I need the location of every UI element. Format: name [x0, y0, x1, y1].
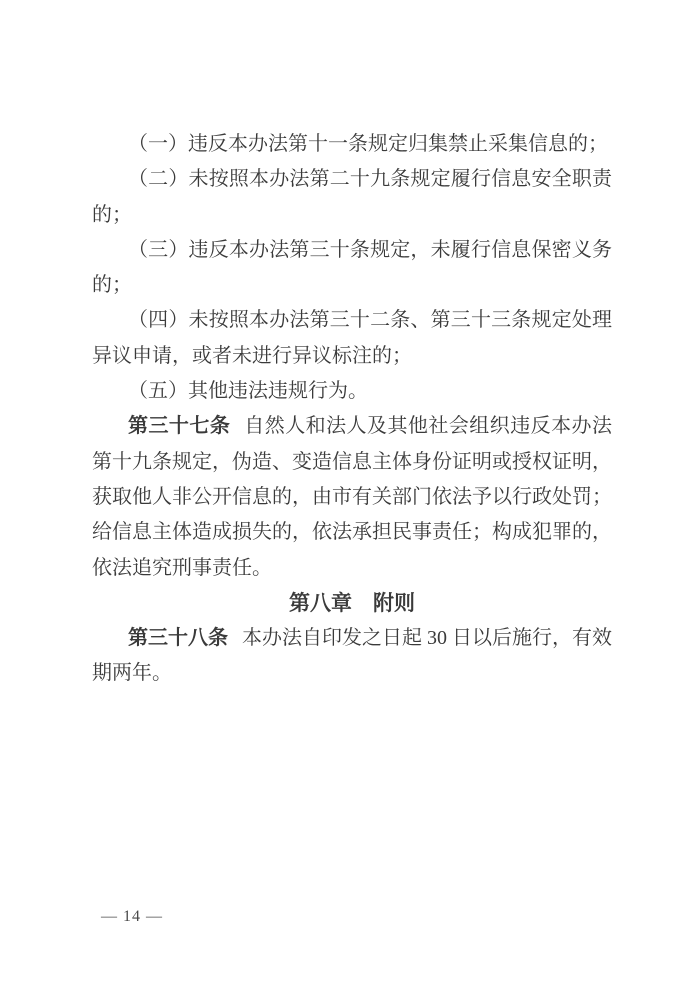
list-item-paragraph: （四）未按照本办法第三十二条、第三十三条规定处理异议申请，或者未进行异议标注的； [92, 303, 612, 374]
document-page: （一）违反本办法第十一条规定归集禁止采集信息的；（二）未按照本办法第二十九条规定… [0, 0, 700, 989]
chapter-heading: 第八章 附则 [92, 586, 612, 621]
article-text: 自然人和法人及其他社会组织违反本办法第十九条规定，伪造、变造信息主体身份证明或授… [92, 415, 612, 578]
document-body: （一）违反本办法第十一条规定归集禁止采集信息的；（二）未按照本办法第二十九条规定… [92, 127, 612, 692]
page-number: — 14 — [101, 908, 163, 926]
list-item-paragraph: （三）违反本办法第三十条规定，未履行信息保密义务的； [92, 233, 612, 304]
article-number: 第三十七条 [128, 415, 230, 437]
article-paragraph: 第三十八条本办法自印发之日起 30 日以后施行，有效期两年。 [92, 621, 612, 692]
list-item-paragraph: （一）违反本办法第十一条规定归集禁止采集信息的； [92, 127, 612, 162]
article-number: 第三十八条 [128, 627, 228, 649]
list-item-paragraph: （二）未按照本办法第二十九条规定履行信息安全职责的； [92, 162, 612, 233]
article-paragraph: 第三十七条自然人和法人及其他社会组织违反本办法第十九条规定，伪造、变造信息主体身… [92, 409, 612, 585]
page-number-text: — 14 — [101, 908, 163, 925]
list-item-paragraph: （五）其他违法违规行为。 [92, 374, 612, 409]
